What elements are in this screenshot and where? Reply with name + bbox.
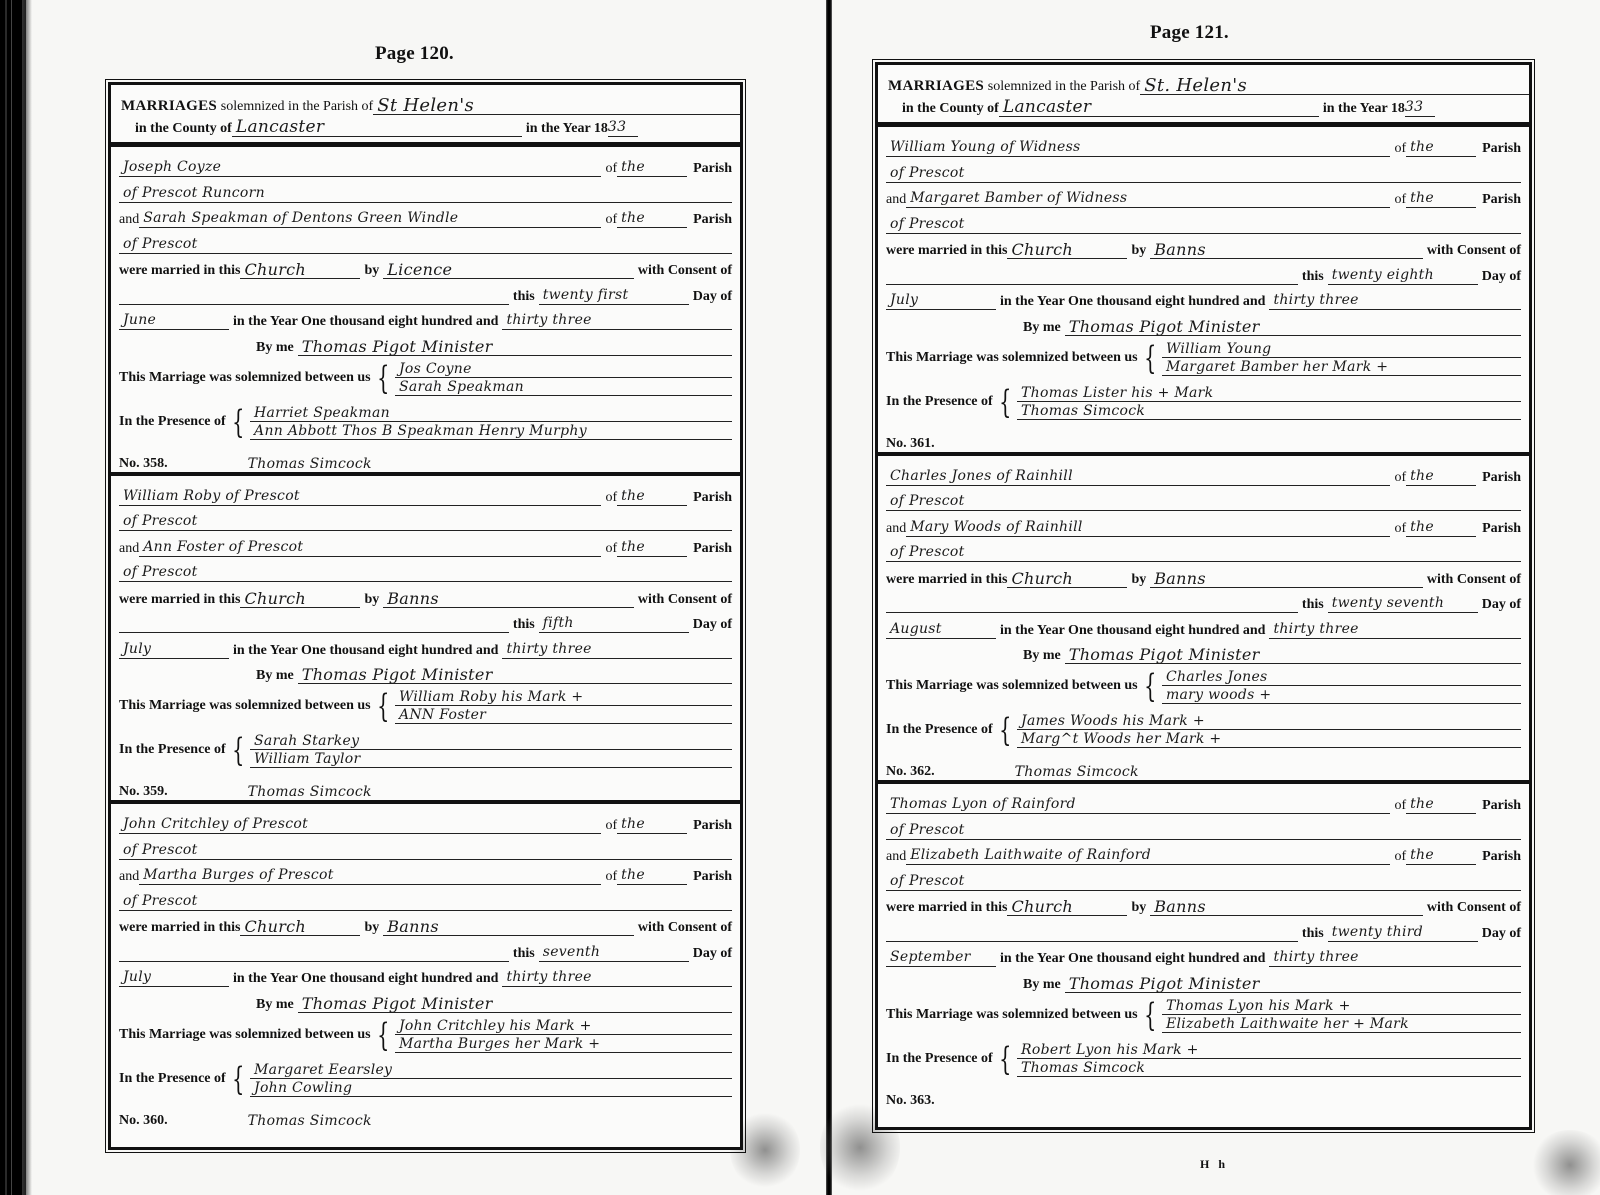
bride-name: Martha Burges of Prescot [139,866,601,885]
by-label: by [1131,900,1146,916]
consent-value [119,943,509,962]
day-of-label: Day of [1482,597,1521,613]
solemnized-label: This Marriage was solemnized between us [119,698,371,714]
paper-stain [1530,1130,1600,1195]
solemnized-label: This Marriage was solemnized between us [119,370,371,386]
of-label: of [605,869,617,885]
witness-2: William Taylor [250,750,732,768]
register-header: MARRIAGES solemnized in the Parish of St… [111,85,740,147]
of-label: of [1394,798,1406,814]
parish-label: solemnized in the Parish of [221,99,373,115]
witness-1: Harriet Speakman [250,404,732,422]
county-value: Lancaster [999,98,1319,117]
place-value: Church [1007,569,1127,588]
signature-1: Charles Jones [1162,668,1521,686]
party-signatures: William Young Margaret Bamber her Mark + [1162,340,1521,376]
bride-name: Margaret Bamber of Widness [906,189,1390,208]
consent-value [119,614,509,633]
of-label: of [605,818,617,834]
groom-of-value: the [1406,795,1476,814]
this-label: this [1302,269,1324,285]
method-value: Banns [1150,569,1423,588]
party-signatures: John Critchley his Mark + Martha Burges … [395,1017,732,1053]
year-label: in the Year 18 [526,121,608,137]
day-value: twenty seventh [1328,594,1478,613]
bride-of-value: the [1406,846,1476,865]
parish-word: Parish [1482,192,1521,208]
marriage-entry: Charles Jones of Rainhill of the Parish … [878,456,1529,785]
consent-label: with Consent of [1427,572,1521,588]
bride-name: Elizabeth Laithwaite of Rainford [906,846,1390,865]
bride-of-value: the [617,209,687,228]
by-label: by [364,920,379,936]
of-label: of [605,541,617,557]
witness-2: Thomas Simcock [1017,402,1521,420]
witness-3: Thomas Simcock [248,1113,372,1129]
page-title-left: Page 120. [375,43,454,65]
consent-label: with Consent of [638,920,732,936]
day-of-label: Day of [693,946,732,962]
and-label: and [886,849,906,865]
groom-parish: of Prescot [119,841,732,860]
bride-of-value: the [617,866,687,885]
entry-number: No. 360. [119,1113,168,1129]
year-words-value: thirty three [1269,620,1521,639]
by-me-label: By me [1023,977,1061,993]
year-long-label: in the Year One thousand eight hundred a… [233,314,498,330]
place-value: Church [240,917,360,936]
marriage-entry: William Young of Widness of the Parish o… [878,127,1529,456]
place-value: Church [1007,897,1127,916]
method-value: Licence [383,260,634,279]
day-value: twenty first [539,286,689,305]
parish-word: Parish [693,490,732,506]
marriages-heading: MARRIAGES [121,98,217,115]
brace-icon: { [999,1043,1011,1075]
brace-icon: { [232,734,244,766]
parish-value: St. Helen's [1140,76,1529,95]
and-label: and [886,192,906,208]
witness-2: Thomas Simcock [1017,1059,1521,1077]
consent-value [119,286,509,305]
by-me-label: By me [256,340,294,356]
signature-2: mary woods + [1162,686,1521,704]
marriage-entry: Joseph Coyze of the Parish of Prescot Ru… [111,147,740,476]
groom-parish: of Prescot Runcorn [119,184,732,203]
county-label: in the County of [135,121,232,137]
consent-value [886,594,1298,613]
groom-parish: of Prescot [886,492,1521,511]
register-page-120: MARRIAGES solemnized in the Parish of St… [108,82,743,1150]
day-of-label: Day of [693,617,732,633]
register-header: MARRIAGES solemnized in the Parish of St… [878,65,1529,127]
month-value: July [119,640,229,659]
signature-2: Elizabeth Laithwaite her + Mark [1162,1015,1521,1033]
parish-word: Parish [693,541,732,557]
day-value: twenty eighth [1328,266,1478,285]
county-label: in the County of [902,101,999,117]
and-label: and [119,869,139,885]
were-married-label: were married in this [119,920,240,936]
brace-icon: { [999,714,1011,746]
by-me-label: By me [1023,320,1061,336]
officiant-signature: Thomas Pigot Minister [298,665,732,684]
witness-signatures: Harriet Speakman Ann Abbott Thos B Speak… [250,404,732,440]
method-value: Banns [383,917,634,936]
year-words-value: thirty three [1269,291,1521,310]
year-value: 33 [1405,98,1435,117]
day-value: twenty third [1328,923,1478,942]
bride-name: Ann Foster of Prescot [139,538,601,557]
solemnized-label: This Marriage was solemnized between us [886,350,1138,366]
month-value: September [886,948,996,967]
by-label: by [1131,572,1146,588]
marriage-entry: Thomas Lyon of Rainford of the Parish of… [878,784,1529,1109]
signature-2: Martha Burges her Mark + [395,1035,732,1053]
were-married-label: were married in this [119,592,240,608]
year-label: in the Year 18 [1323,101,1405,117]
entry-number: No. 362. [886,764,935,780]
officiant-signature: Thomas Pigot Minister [298,994,732,1013]
witness-1: James Woods his Mark + [1017,712,1521,730]
groom-parish: of Prescot [886,164,1521,183]
groom-of-value: the [617,815,687,834]
witness-signatures: Thomas Lister his + Mark Thomas Simcock [1017,384,1521,420]
brace-icon: { [1144,670,1156,702]
presence-label: In the Presence of [886,722,993,738]
parish-word: Parish [693,818,732,834]
signature-1: Jos Coyne [395,360,732,378]
signature-2: Sarah Speakman [395,378,732,396]
groom-of-value: the [617,487,687,506]
brace-icon: { [1144,999,1156,1031]
signature-2: Margaret Bamber her Mark + [1162,358,1521,376]
groom-of-value: the [1406,138,1476,157]
presence-label: In the Presence of [119,1071,226,1087]
book-gutter [826,0,832,1195]
groom-name: William Roby of Prescot [119,487,601,506]
year-words-value: thirty three [502,968,732,987]
parish-word: Parish [1482,798,1521,814]
groom-of-value: the [617,158,687,177]
presence-label: In the Presence of [119,742,226,758]
place-value: Church [240,589,360,608]
groom-name: William Young of Widness [886,138,1390,157]
method-value: Banns [1150,240,1423,259]
month-value: July [119,968,229,987]
page-title-right: Page 121. [1150,22,1229,44]
bride-parish: of Prescot [119,563,732,582]
year-long-label: in the Year One thousand eight hundred a… [1000,294,1265,310]
parish-word: Parish [1482,849,1521,865]
witness-1: Margaret Eearsley [250,1061,732,1079]
year-words-value: thirty three [502,311,732,330]
parish-value: St Helen's [373,96,740,115]
witness-signatures: Sarah Starkey William Taylor [250,732,732,768]
of-label: of [605,212,617,228]
bride-parish: of Prescot [886,872,1521,891]
presence-label: In the Presence of [886,394,993,410]
groom-of-value: the [1406,467,1476,486]
signature-1: Thomas Lyon his Mark + [1162,997,1521,1015]
of-label: of [1394,470,1406,486]
entry-number: No. 363. [886,1093,935,1109]
of-label: of [1394,521,1406,537]
bride-name: Sarah Speakman of Dentons Green Windle [139,209,601,228]
parish-label: solemnized in the Parish of [988,79,1140,95]
parish-word: Parish [1482,141,1521,157]
witness-3: Thomas Simcock [1015,764,1139,780]
witness-2: John Cowling [250,1079,732,1097]
marriage-entry: John Critchley of Prescot of the Parish … [111,804,740,1129]
consent-label: with Consent of [638,592,732,608]
day-value: fifth [539,614,689,633]
of-label: of [605,161,617,177]
were-married-label: were married in this [886,243,1007,259]
signature-1: William Young [1162,340,1521,358]
parish-word: Parish [1482,470,1521,486]
year-words-value: thirty three [502,640,732,659]
of-label: of [1394,849,1406,865]
entry-number: No. 358. [119,456,168,472]
and-label: and [119,541,139,557]
year-value: 33 [608,118,638,137]
of-label: of [605,490,617,506]
this-label: this [1302,597,1324,613]
brace-icon: { [1144,342,1156,374]
witness-1: Sarah Starkey [250,732,732,750]
witness-3: Thomas Simcock [248,456,372,472]
day-value: seventh [539,943,689,962]
parish-word: Parish [693,212,732,228]
were-married-label: were married in this [886,572,1007,588]
entry-number: No. 359. [119,784,168,800]
day-of-label: Day of [1482,269,1521,285]
witness-2: Marg^t Woods her Mark + [1017,730,1521,748]
solemnized-label: This Marriage was solemnized between us [886,1007,1138,1023]
by-me-label: By me [256,668,294,684]
and-label: and [119,212,139,228]
groom-name: Thomas Lyon of Rainford [886,795,1390,814]
brace-icon: { [377,690,389,722]
witness-signatures: Margaret Eearsley John Cowling [250,1061,732,1097]
groom-name: Joseph Coyze [119,158,601,177]
presence-label: In the Presence of [119,414,226,430]
brace-icon: { [999,386,1011,418]
month-value: July [886,291,996,310]
brace-icon: { [377,362,389,394]
signature-1: William Roby his Mark + [395,688,732,706]
party-signatures: Jos Coyne Sarah Speakman [395,360,732,396]
parish-word: Parish [1482,521,1521,537]
of-label: of [1394,192,1406,208]
year-long-label: in the Year One thousand eight hundred a… [1000,951,1265,967]
marriage-entry: William Roby of Prescot of the Parish of… [111,476,740,805]
county-value: Lancaster [232,118,522,137]
were-married-label: were married in this [886,900,1007,916]
consent-label: with Consent of [1427,900,1521,916]
day-of-label: Day of [693,289,732,305]
officiant-signature: Thomas Pigot Minister [1065,645,1521,664]
register-page-121: MARRIAGES solemnized in the Parish of St… [875,62,1532,1130]
party-signatures: Charles Jones mary woods + [1162,668,1521,704]
bride-parish: of Prescot [119,892,732,911]
witness-1: Thomas Lister his + Mark [1017,384,1521,402]
groom-name: Charles Jones of Rainhill [886,467,1390,486]
marriages-heading: MARRIAGES [888,78,984,95]
groom-parish: of Prescot [886,821,1521,840]
solemnized-label: This Marriage was solemnized between us [119,1027,371,1043]
brace-icon: { [232,1063,244,1095]
brace-icon: { [232,406,244,438]
parish-word: Parish [693,161,732,177]
bride-name: Mary Woods of Rainhill [906,518,1390,537]
officiant-signature: Thomas Pigot Minister [298,337,732,356]
bride-of-value: the [617,538,687,557]
consent-value [886,266,1298,285]
consent-label: with Consent of [1427,243,1521,259]
bride-parish: of Prescot [886,215,1521,234]
signature-2: ANN Foster [395,706,732,724]
this-label: this [513,289,535,305]
method-value: Banns [1150,897,1423,916]
witness-2: Ann Abbott Thos B Speakman Henry Murphy [250,422,732,440]
witness-1: Robert Lyon his Mark + [1017,1041,1521,1059]
groom-parish: of Prescot [119,512,732,531]
year-long-label: in the Year One thousand eight hundred a… [233,971,498,987]
witness-signatures: James Woods his Mark + Marg^t Woods her … [1017,712,1521,748]
this-label: this [1302,926,1324,942]
witness-3: Thomas Simcock [248,784,372,800]
bride-parish: of Prescot [119,235,732,254]
bride-of-value: the [1406,518,1476,537]
this-label: this [513,617,535,633]
year-long-label: in the Year One thousand eight hundred a… [1000,623,1265,639]
bride-parish: of Prescot [886,543,1521,562]
were-married-label: were married in this [119,263,240,279]
binding-shadow [22,0,32,1195]
signature-mark: H h [1200,1157,1228,1172]
presence-label: In the Presence of [886,1051,993,1067]
consent-label: with Consent of [638,263,732,279]
of-label: of [1394,141,1406,157]
month-value: June [119,311,229,330]
solemnized-label: This Marriage was solemnized between us [886,678,1138,694]
month-value: August [886,620,996,639]
entry-number: No. 361. [886,436,935,452]
groom-name: John Critchley of Prescot [119,815,601,834]
by-label: by [364,592,379,608]
officiant-signature: Thomas Pigot Minister [1065,974,1521,993]
by-label: by [1131,243,1146,259]
by-label: by [364,263,379,279]
place-value: Church [1007,240,1127,259]
year-long-label: in the Year One thousand eight hundred a… [233,643,498,659]
year-words-value: thirty three [1269,948,1521,967]
day-of-label: Day of [1482,926,1521,942]
signature-1: John Critchley his Mark + [395,1017,732,1035]
by-me-label: By me [256,997,294,1013]
officiant-signature: Thomas Pigot Minister [1065,317,1521,336]
this-label: this [513,946,535,962]
consent-value [886,923,1298,942]
party-signatures: Thomas Lyon his Mark + Elizabeth Laithwa… [1162,997,1521,1033]
method-value: Banns [383,589,634,608]
parish-word: Parish [693,869,732,885]
brace-icon: { [377,1019,389,1051]
bride-of-value: the [1406,189,1476,208]
party-signatures: William Roby his Mark + ANN Foster [395,688,732,724]
witness-signatures: Robert Lyon his Mark + Thomas Simcock [1017,1041,1521,1077]
and-label: and [886,521,906,537]
place-value: Church [240,260,360,279]
by-me-label: By me [1023,648,1061,664]
